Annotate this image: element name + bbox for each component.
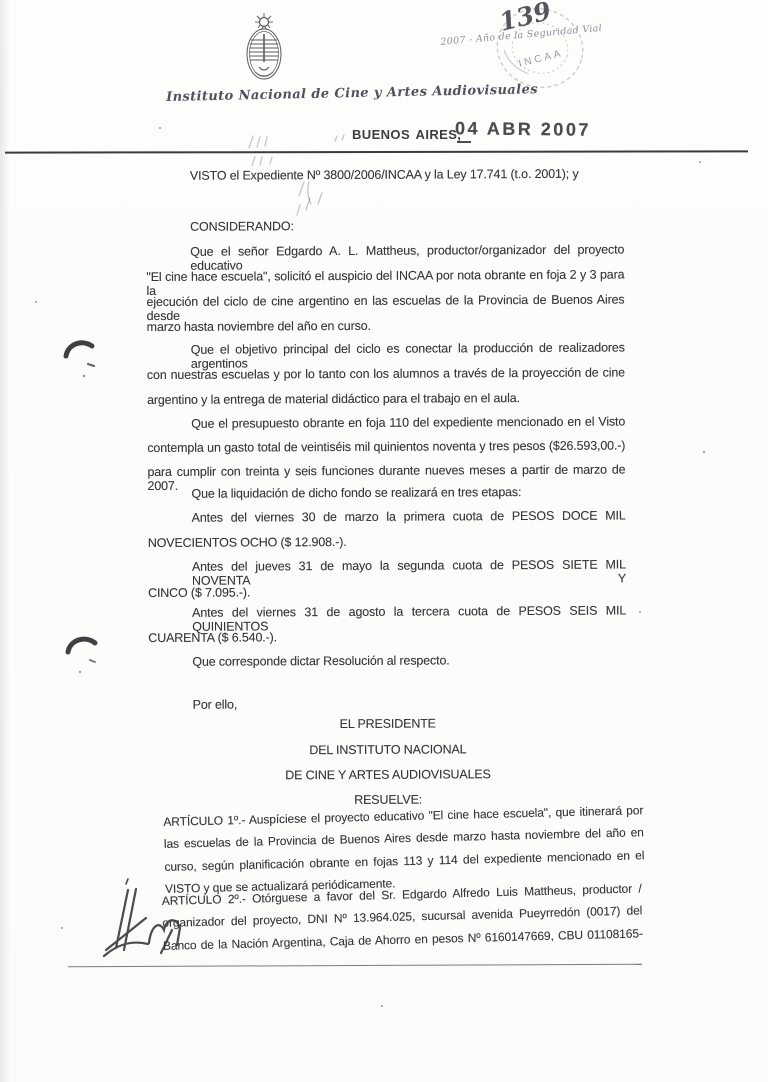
recital-line: CINCO ($ 7.095.-). [148,584,626,601]
recital-line: con nuestras escuelas y por lo tanto con… [147,366,625,383]
recital-line: Antes del viernes 30 de marzo la primera… [148,509,626,526]
recital-line: Que la liquidación de dicho fondo se rea… [148,485,626,502]
recital-line: Que el presupuesto obrante en foja 110 d… [147,415,625,432]
scanned-resolution-page: INCAA 139 2007 - Año de la Seguridad Via… [0,0,768,1082]
article-2: ARTÍCULO 2º.- Otórguese a favor del Sr. … [162,881,644,961]
recital-line: argentino y la entrega de material didác… [147,391,625,408]
recital-line: Que corresponde dictar Resolución al res… [148,653,626,670]
recital-line: NOVECIENTOS OCHO ($ 12.908.-). [148,534,626,551]
por-ello-line: Por ello, [193,695,671,712]
authority-line: DE CINE Y ARTES AUDIOVISUALES [149,767,627,784]
visto-line: VISTO el Expediente Nº 3800/2006/INCAA y… [190,166,668,183]
authority-line: EL PRESIDENTE [149,716,627,733]
recital-line: marzo hasta noviembre del año en curso. [147,318,625,335]
considerando-heading: CONSIDERANDO: [190,217,668,234]
resolution-body: VISTO el Expediente Nº 3800/2006/INCAA y… [0,0,768,1082]
authority-line: DEL INSTITUTO NACIONAL [149,742,627,759]
recital-line: CUARENTA ($ 6.540.-). [148,629,626,646]
recital-line: contempla un gasto total de veintiséis m… [147,439,625,456]
